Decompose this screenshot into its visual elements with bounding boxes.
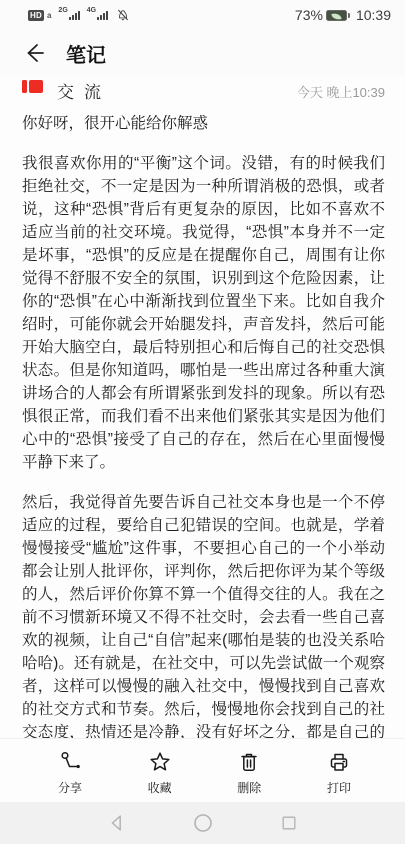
status-bar: HD a 2G 4G 73% 10:39 <box>0 0 405 30</box>
hd-sub-icon: a <box>47 11 51 20</box>
sim1-signal-icon: 2G <box>58 11 79 20</box>
app-header: 笔记 <box>0 30 405 76</box>
hd-volte-icon: HD <box>28 10 44 21</box>
print-label: 打印 <box>327 779 351 796</box>
note-meta-row: 交流 今天 晚上10:39 <box>22 78 385 100</box>
delete-button[interactable]: 删除 <box>223 750 275 796</box>
note-body[interactable]: 你好呀，很开心能给你解惑 我很喜欢你用的“平衡”这个词。没错，有的时候我们拒绝社… <box>22 112 385 738</box>
battery-percent: 73% <box>295 7 323 23</box>
printer-icon <box>327 750 351 774</box>
delete-label: 删除 <box>237 779 261 796</box>
sim2-signal-icon: 4G <box>87 11 108 20</box>
print-button[interactable]: 打印 <box>313 750 365 796</box>
note-paragraph: 然后，我觉得首先要告诉自己社交本身也是一个不停适应的过程，要给自己犯错误的空间。… <box>22 491 385 738</box>
bell-muted-icon <box>116 8 130 22</box>
nav-recents-square-icon[interactable] <box>274 808 304 838</box>
note-content: 交流 今天 晚上10:39 你好呀，很开心能给你解惑 我很喜欢你用的“平衡”这个… <box>0 76 405 738</box>
note-paragraph: 你好呀，很开心能给你解惑 <box>22 112 385 135</box>
bottom-toolbar: 分享 收藏 删除 <box>0 738 405 802</box>
android-nav-bar <box>0 802 405 844</box>
share-icon <box>58 750 82 774</box>
back-arrow-icon[interactable] <box>22 39 50 67</box>
nav-home-circle-icon[interactable] <box>188 808 218 838</box>
star-icon <box>148 750 172 774</box>
trash-icon <box>237 750 261 774</box>
share-label: 分享 <box>58 779 82 796</box>
note-paragraph: 我很喜欢你用的“平衡”这个词。没错，有的时候我们拒绝社交，不一定是因为一种所谓消… <box>22 152 385 474</box>
nav-back-triangle-icon[interactable] <box>102 808 132 838</box>
note-timestamp: 今天 晚上10:39 <box>297 85 385 100</box>
note-title: 交流 <box>57 78 111 100</box>
share-button[interactable]: 分享 <box>44 750 96 796</box>
page-title: 笔记 <box>66 39 106 68</box>
favorite-button[interactable]: 收藏 <box>134 750 186 796</box>
clock-time: 10:39 <box>356 7 391 23</box>
red-label-icon <box>22 80 43 93</box>
battery-icon <box>326 10 350 21</box>
favorite-label: 收藏 <box>148 779 172 796</box>
